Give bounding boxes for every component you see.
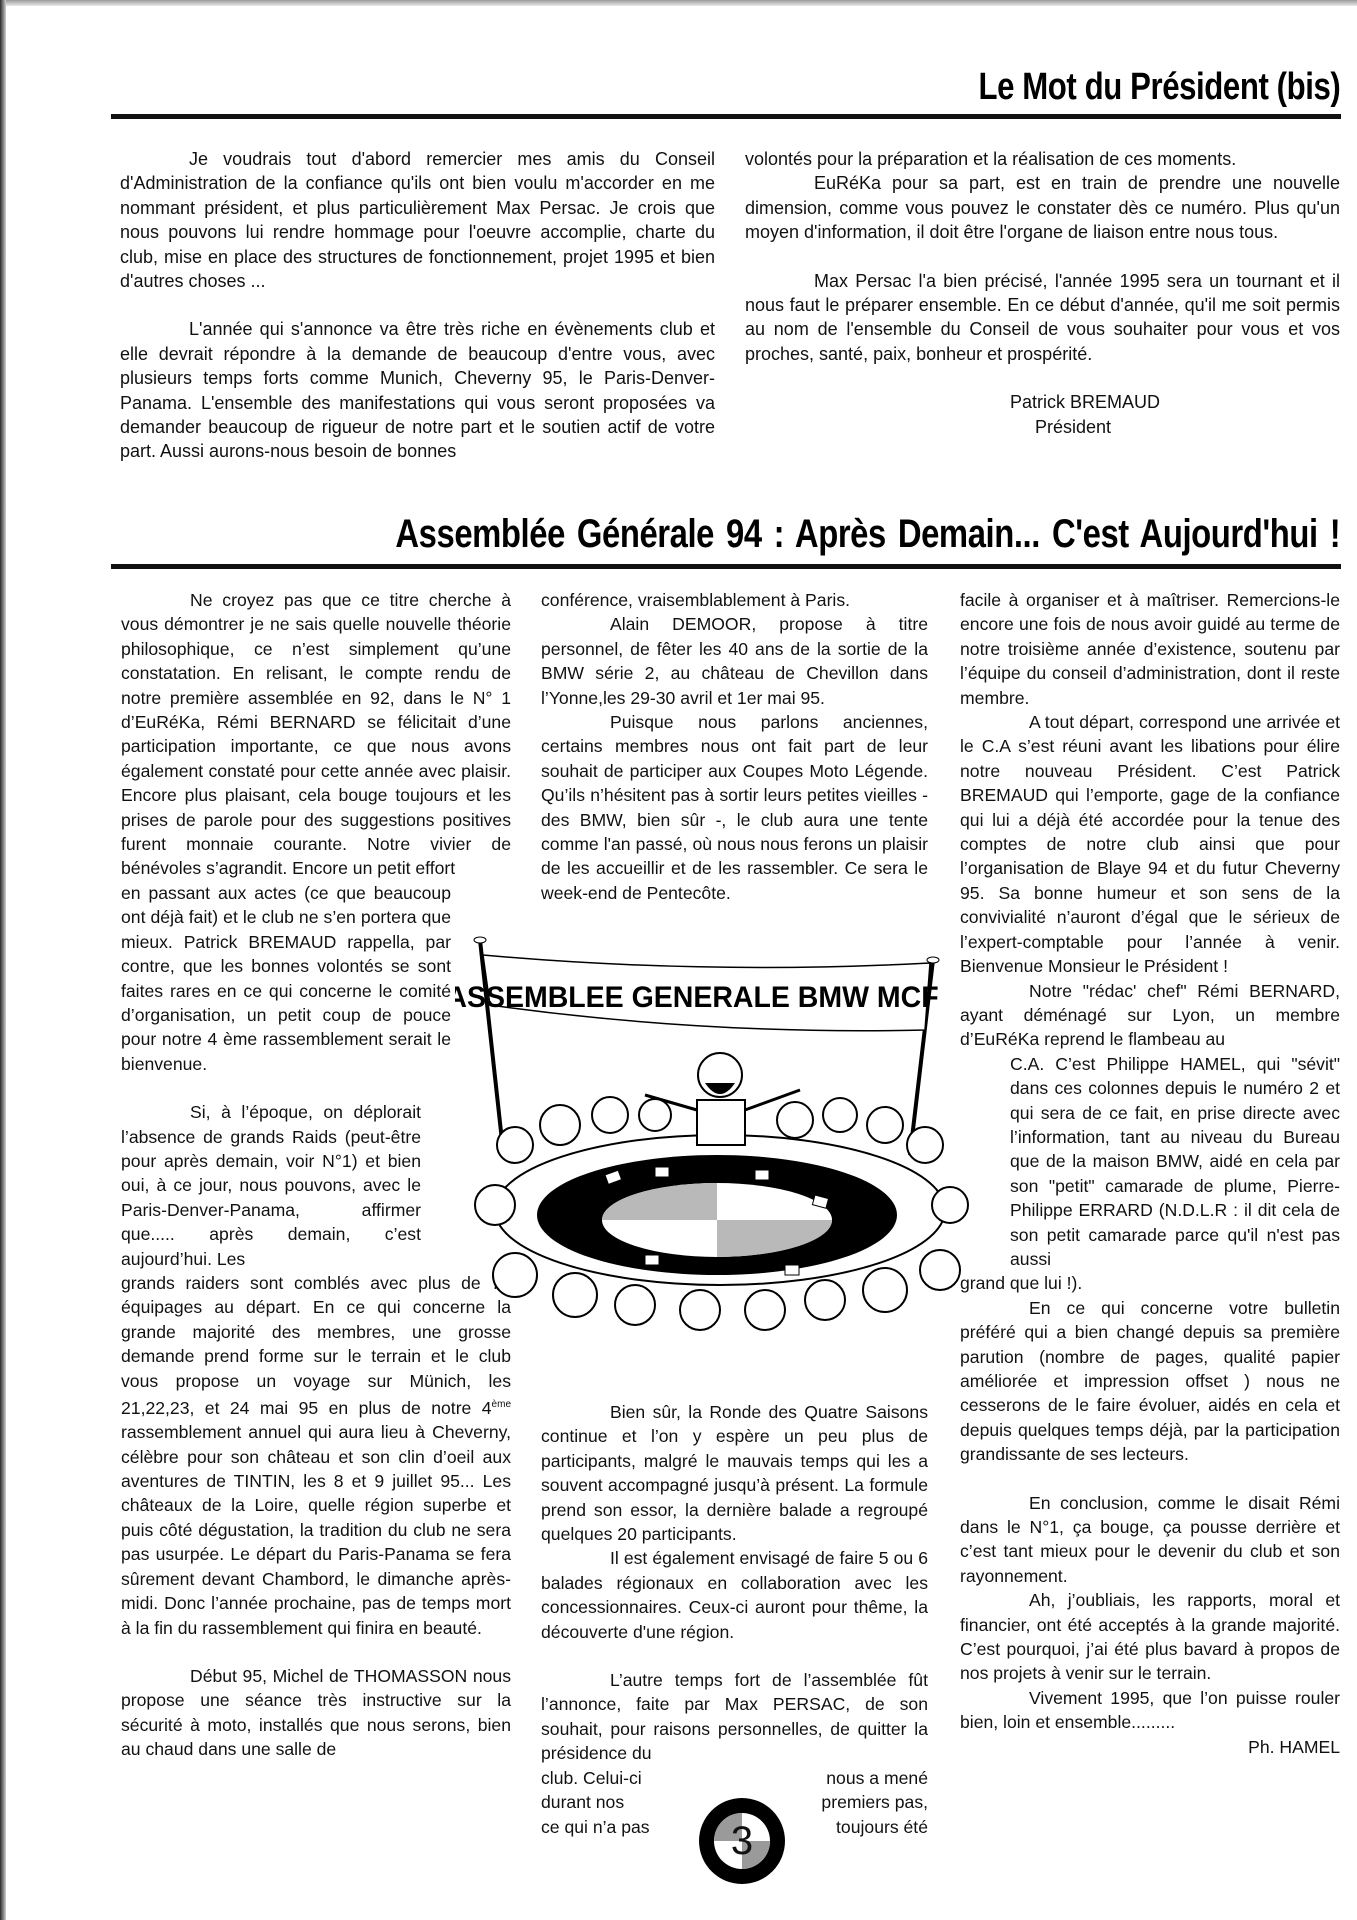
paragraph: A tout départ, correspond une arrivée et… [960, 710, 1340, 978]
paragraph: Max Persac l'a bien précisé, l'année 199… [745, 269, 1340, 367]
scan-edge-top [0, 0, 1357, 6]
page-number: 3 [697, 1796, 787, 1886]
paragraph: Ah, j’oubliais, les rapports, moral et f… [960, 1588, 1340, 1686]
text-line: club. Celui-ci [541, 1766, 681, 1790]
paragraph: grands raiders sont comblés avec plus de… [121, 1271, 511, 1640]
cartoon-drawing-icon: ASSEMBLEE GENERALE BMW MCF [455, 935, 975, 1335]
text-line: durant nos [541, 1790, 681, 1814]
paragraph: Si, à l’époque, on déplorait l’absence d… [121, 1100, 421, 1271]
signature-role: Président [1035, 415, 1340, 439]
assembly-column-3: facile à organiser et à maîtriser. Remer… [960, 588, 1340, 1759]
banner-text: ASSEMBLEE GENERALE BMW MCF [455, 981, 939, 1014]
title-rule [111, 114, 1341, 119]
text-line: premiers pas, [788, 1790, 928, 1814]
paragraph: Début 95, Michel de THOMASSON nous propo… [121, 1664, 511, 1762]
paragraph: conférence, vraisemblablement à Paris. [541, 588, 928, 612]
paragraph: volontés pour la préparation et la réali… [745, 147, 1340, 171]
text-line: nous a mené [788, 1766, 928, 1790]
president-article-title: Le Mot du Président (bis) [978, 66, 1340, 109]
paragraph: En ce qui concerne votre bulletin préfér… [960, 1296, 1340, 1467]
president-right-column: volontés pour la préparation et la réali… [745, 147, 1340, 439]
page-number-badge: 3 [697, 1796, 787, 1886]
paragraph: grand que lui !). [960, 1271, 1340, 1295]
paragraph: C.A. C’est Philippe HAMEL, qui "sévit" d… [1010, 1052, 1340, 1272]
assembly-column-2-lower: Bien sûr, la Ronde des Quatre Saisons co… [541, 1400, 928, 1839]
assembly-cartoon-illustration: ASSEMBLEE GENERALE BMW MCF [455, 935, 975, 1335]
assembly-article-title: Assemblée Générale 94 : Après Demain... … [395, 512, 1340, 557]
paragraph: Bien sûr, la Ronde des Quatre Saisons co… [541, 1400, 928, 1546]
assembly-column-1: Ne croyez pas que ce titre cherche à vou… [121, 588, 511, 1762]
paragraph: EuRéKa pour sa part, est en train de pre… [745, 171, 1340, 244]
signature: Ph. HAMEL [960, 1735, 1340, 1759]
text-line: toujours été [788, 1815, 928, 1839]
paragraph: Alain DEMOOR, propose à titre personnel,… [541, 612, 928, 710]
paragraph: Vivement 1995, que l’on puisse rouler bi… [960, 1686, 1340, 1735]
paragraph: L'année qui s'annonce va être très riche… [120, 317, 715, 463]
paragraph: En conclusion, comme le disait Rémi dans… [960, 1491, 1340, 1589]
paragraph: L’autre temps fort de l’assemblée fût l’… [541, 1668, 928, 1766]
signature-name: Patrick BREMAUD [1010, 390, 1340, 414]
president-left-column: Je voudrais tout d'abord remercier mes a… [120, 147, 715, 464]
scan-edge-left [0, 0, 6, 1920]
paragraph: en passant aux actes (ce que beaucoup on… [121, 881, 451, 1076]
title-rule [111, 564, 1341, 569]
paragraph: Notre "rédac' chef" Rémi BERNARD, ayant … [960, 979, 1340, 1052]
text-line: ce qui n’a pas [541, 1815, 681, 1839]
paragraph: Puisque nous parlons anciennes, certains… [541, 710, 928, 905]
paragraph: facile à organiser et à maîtriser. Remer… [960, 588, 1340, 710]
paragraph: Je voudrais tout d'abord remercier mes a… [120, 147, 715, 293]
paragraph: Il est également envisagé de faire 5 ou … [541, 1546, 928, 1644]
paragraph: Ne croyez pas que ce titre cherche à vou… [121, 588, 511, 881]
assembly-column-2: conférence, vraisemblablement à Paris. A… [541, 588, 928, 905]
